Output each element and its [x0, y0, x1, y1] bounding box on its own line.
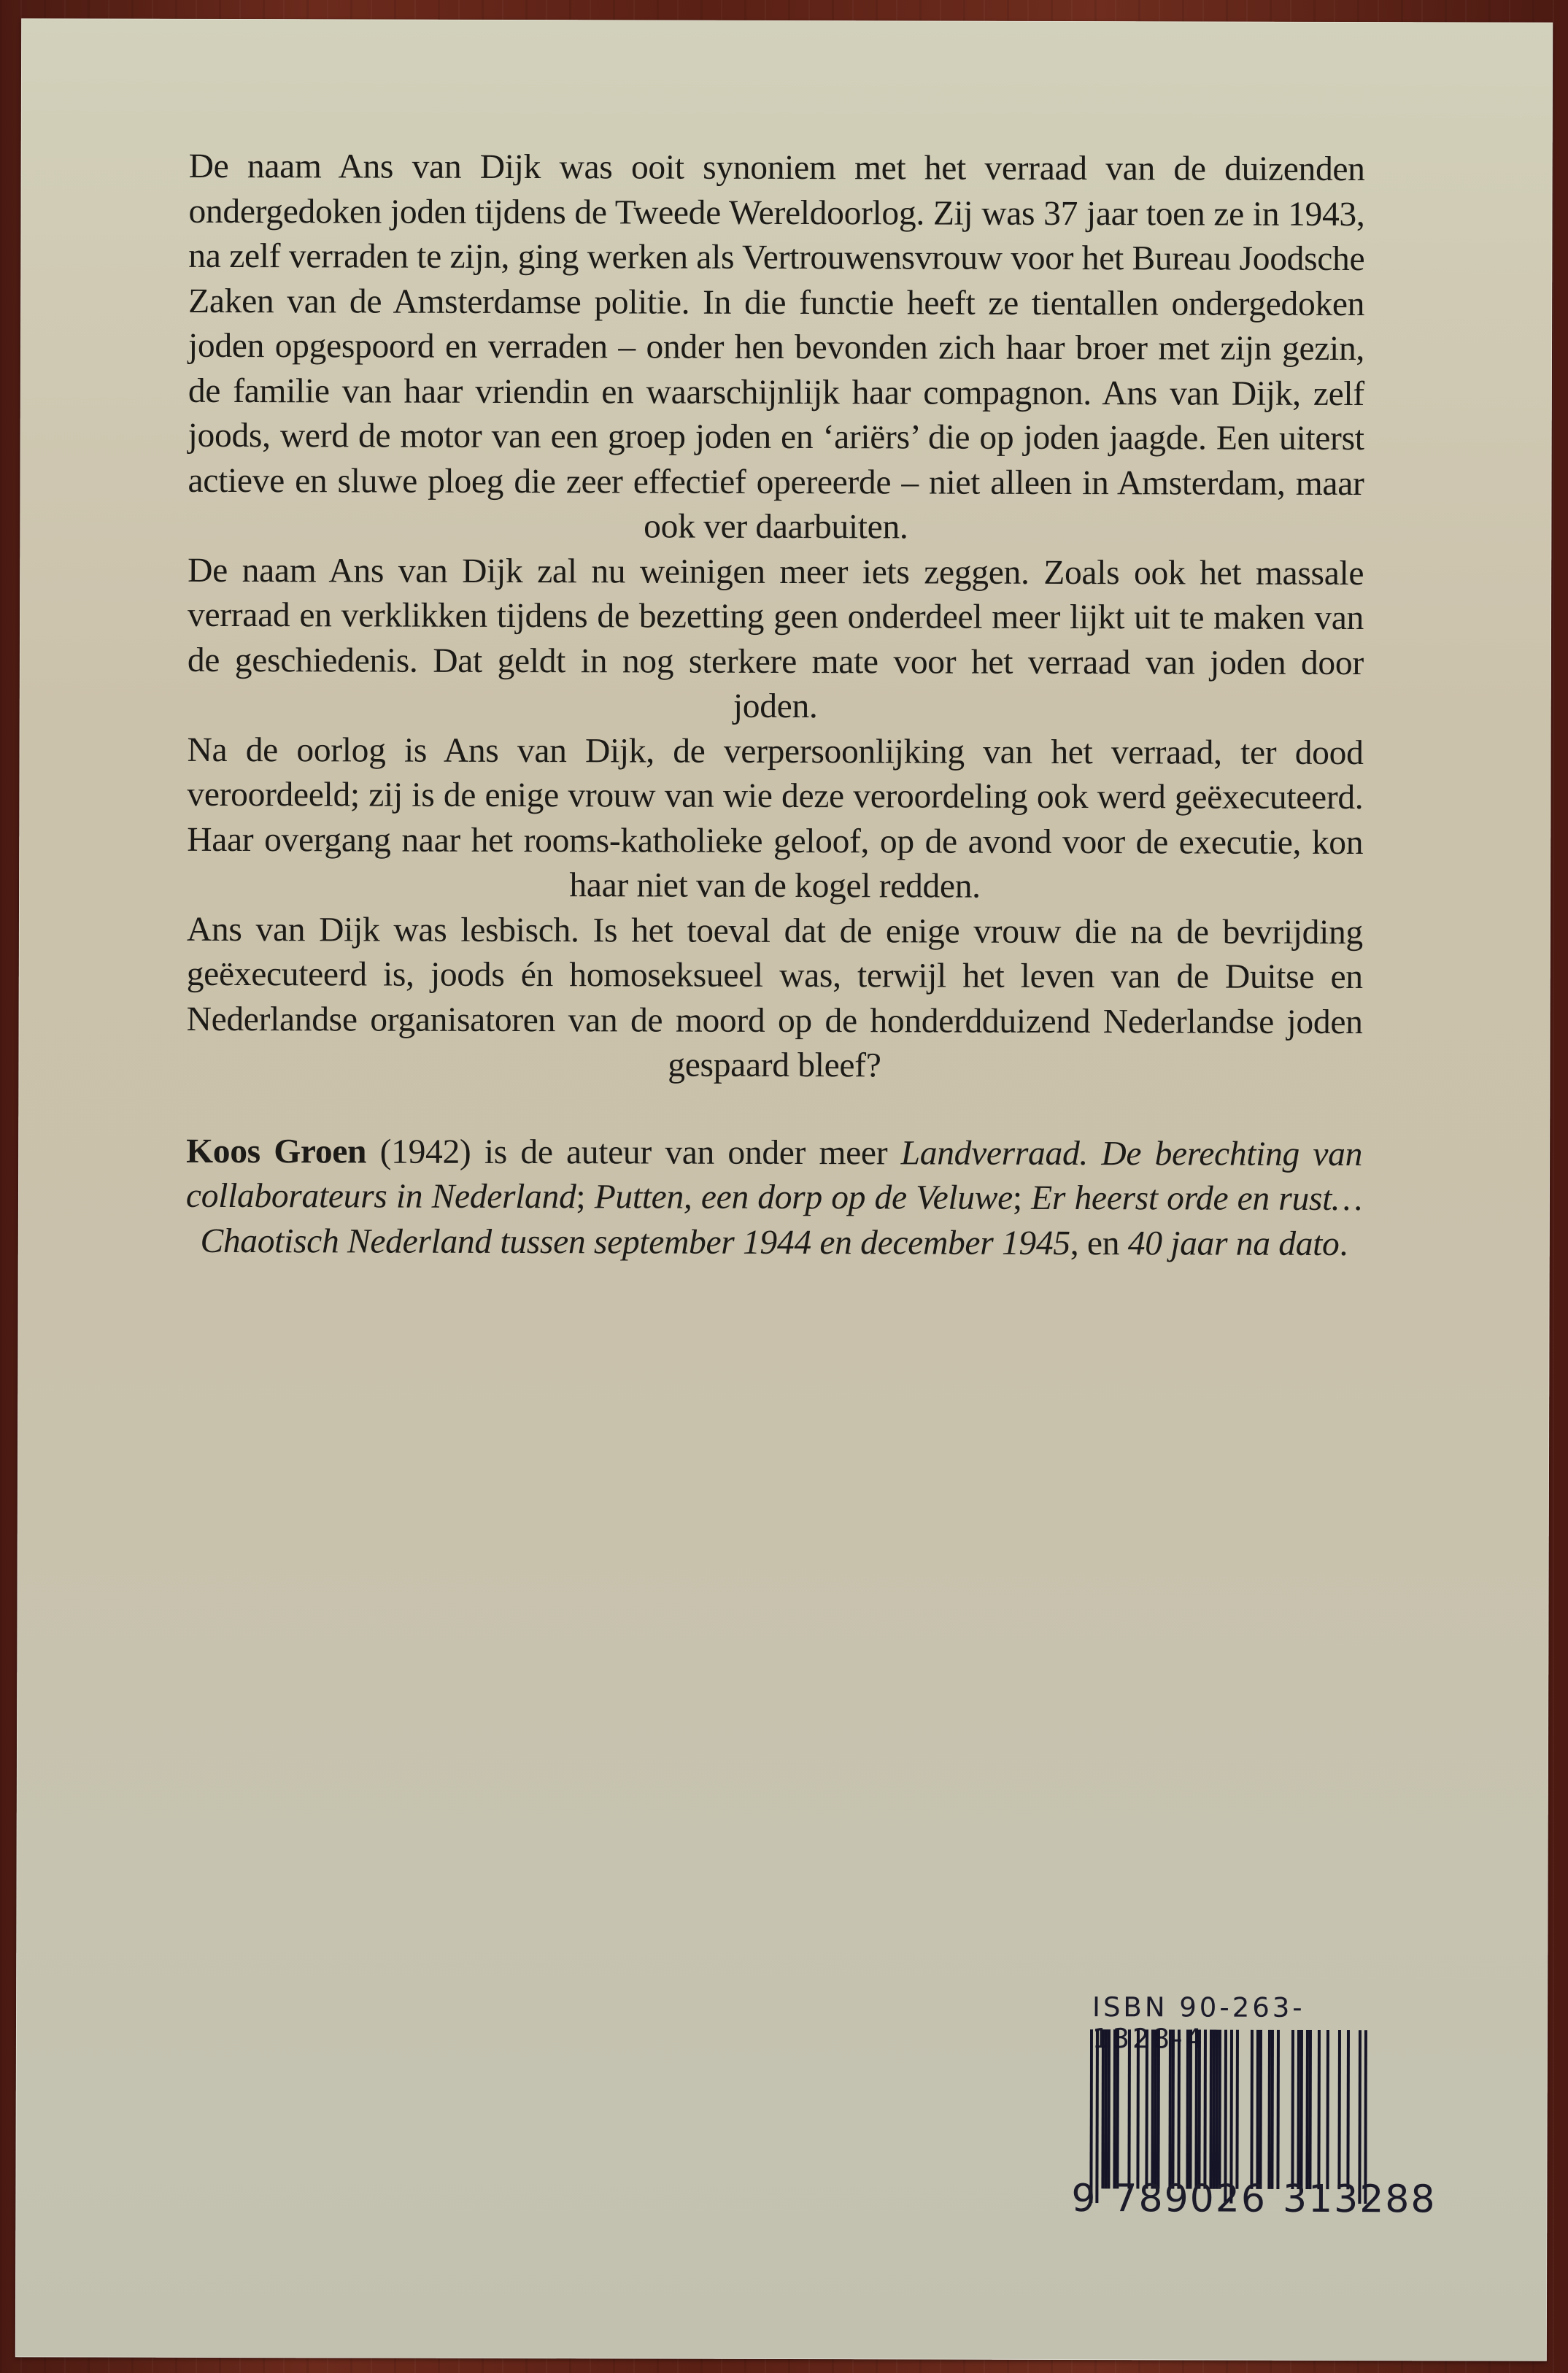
ean-right-group: 313288: [1283, 2177, 1437, 2222]
bio-separator: ;: [576, 1178, 594, 1216]
blurb-paragraph-3: Na de oorlog is Ans van Dijk, de verpers…: [187, 728, 1364, 910]
author-name: Koos Groen: [186, 1132, 366, 1170]
author-bio: Koos Groen (1942) is de auteur van onder…: [186, 1129, 1362, 1267]
blurb-paragraph-4: Ans van Dijk was lesbisch. Is het toeval…: [186, 907, 1363, 1089]
isbn-barcode-block: ISBN 90-263-1328-4 9 789026 313288: [1071, 1984, 1378, 2233]
ean-left-group: 789026: [1113, 2177, 1267, 2221]
ean-first-digit: 9: [1071, 2177, 1095, 2220]
spacer: [186, 1087, 1362, 1132]
bio-separator: ;: [1013, 1179, 1031, 1217]
bio-end: .: [1339, 1224, 1348, 1262]
blurb-text: De naam Ans van Dijk was ooit synoniem m…: [186, 144, 1365, 1267]
book-back-cover: De naam Ans van Dijk was ooit synoniem m…: [15, 18, 1553, 2361]
ean-digits: 9 789026 313288: [1071, 2177, 1378, 2221]
blurb-paragraph-1: De naam Ans van Dijk was ooit synoniem m…: [188, 144, 1364, 552]
blurb-paragraph-2: De naam Ans van Dijk zal nu weinigen mee…: [188, 548, 1364, 730]
book-title-2: Putten, een dorp op de Veluwe: [595, 1178, 1013, 1217]
bio-text: is de auteur van onder meer: [471, 1133, 900, 1172]
bio-separator: , en: [1070, 1224, 1128, 1262]
book-title-4: 40 jaar na dato: [1128, 1224, 1340, 1263]
author-birth-year: (1942): [380, 1133, 471, 1170]
